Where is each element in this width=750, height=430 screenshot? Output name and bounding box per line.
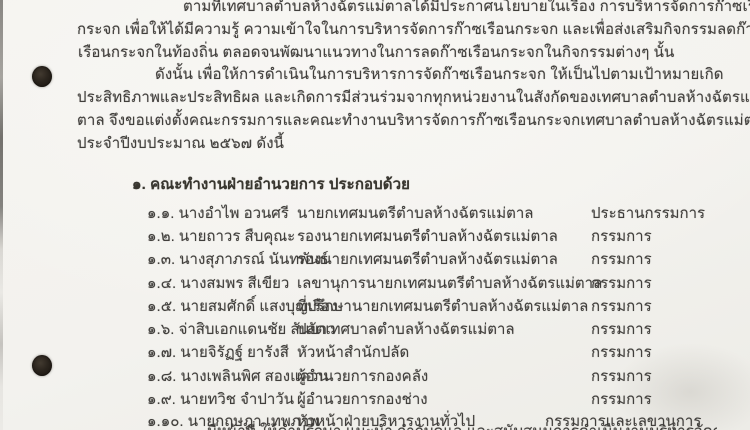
member-role: กรรมการ	[591, 342, 652, 364]
member-number-name: ๑.๒. นายถาวร สืบคุณะ	[147, 226, 295, 248]
member-role: กรรมการ	[591, 389, 652, 411]
member-no: ๑.๖.	[147, 321, 174, 338]
committee-row: ๑.๓. นางสุภาภรณ์ นันทพันธ์ รองนายกเทศมนต…	[0, 249, 750, 272]
member-no: ๑.๔.	[147, 275, 176, 292]
member-name: นายถาวร สืบคุณะ	[179, 228, 295, 245]
member-role: กรรมการ	[591, 366, 652, 388]
member-position: ผู้อำนวยการกองช่าง	[297, 389, 428, 411]
member-position: รองนายกเทศมนตรีตำบลห้างฉัตรแม่ตาล	[297, 226, 558, 248]
member-position: เลขานุการนายกเทศมนตรีตำบลห้างฉัตรแม่ตาล	[297, 273, 602, 295]
member-no: ๑.๒.	[147, 228, 175, 245]
committee-row: ๑.๕. นายสมศักดิ์ แสงบุญเรือง ที่ปรึกษานา…	[0, 296, 750, 319]
member-position: ผู้อำนวยการกองคลัง	[297, 366, 428, 388]
member-role: กรรมการ	[591, 319, 652, 341]
member-number-name: ๑.๗. นายจิรัฏฐ์ ยารังสี	[147, 342, 289, 364]
member-number-name: ๑.๑. นางอำไพ อวนศรี	[147, 203, 289, 225]
paragraph2-line3: ตาล จึงขอแต่งตั้งคณะกรรมการและคณะทำงานบร…	[77, 110, 750, 132]
committee-row: ๑.๖. จ่าสิบเอกแดนชัย สันยาว ปลัดเทศบาลตำ…	[0, 319, 750, 342]
member-no: ๑.๓.	[147, 251, 175, 268]
committee-row: ๑.๗. นายจิรัฏฐ์ ยารังสี หัวหน้าสำนักปลัด…	[0, 342, 750, 365]
member-name: นางอำไพ อวนศรี	[179, 205, 289, 222]
member-no: ๑.๕.	[147, 298, 176, 315]
member-position: นายกเทศมนตรีตำบลห้างฉัตรแม่ตาล	[297, 203, 533, 225]
committee-row: ๑.๔. นางสมพร สีเขียว เลขานุการนายกเทศมนต…	[0, 273, 750, 296]
committee-row: ๑.๘. นางเพลินพิศ สองแควน ผู้อำนวยการกองค…	[0, 366, 750, 389]
member-role: กรรมการ	[591, 226, 652, 248]
member-role: ประธานกรรมการ	[591, 203, 705, 225]
member-name: นายทวิช จำปาวัน	[180, 391, 294, 408]
cropped-bottom-line: มีหน้าที่ ให้คำปรึกษา แนะนำ กำกับดูแล แล…	[207, 421, 717, 430]
member-no: ๑.๗.	[147, 344, 176, 361]
member-role: กรรมการ	[591, 296, 652, 318]
paragraph1-line2: กระจก เพื่อให้ได้มีความรู้ ความเข้าใจในก…	[77, 19, 750, 41]
paragraph2-line4: ประจำปีงบประมาณ ๒๕๖๗ ดังนี้	[77, 133, 284, 155]
member-no: ๑.๑๐.	[147, 413, 184, 430]
member-role: กรรมการ	[591, 249, 652, 271]
member-position: รองนายกเทศมนตรีตำบลห้างฉัตรแม่ตาล	[297, 249, 558, 271]
committee-row: ๑.๙. นายทวิช จำปาวัน ผู้อำนวยการกองช่าง …	[0, 389, 750, 412]
member-name: นายจิรัฏฐ์ ยารังสี	[180, 344, 289, 361]
paragraph2-line2: ประสิทธิภาพและประสิทธิผล และเกิดการมีส่ว…	[77, 87, 750, 109]
member-number-name: ๑.๔. นางสมพร สีเขียว	[147, 273, 289, 295]
committee-row: ๑.๒. นายถาวร สืบคุณะ รองนายกเทศมนตรีตำบล…	[0, 226, 750, 249]
member-no: ๑.๑.	[147, 205, 174, 222]
member-position: ที่ปรึกษานายกเทศมนตรีตำบลห้างฉัตรแม่ตาล	[297, 296, 588, 318]
member-position: ปลัดเทศบาลตำบลห้างฉัตรแม่ตาล	[297, 319, 515, 341]
paragraph1-line3: เรือนกระจกในท้องถิ่น ตลอดจนพัฒนาแนวทางใน…	[78, 42, 674, 64]
member-no: ๑.๙.	[147, 391, 176, 408]
paragraph1-line1: ตามที่เทศบาลตำบลห้างฉัตรแม่ตาลได้มีประกา…	[183, 0, 750, 18]
paragraph2-line1: ดังนั้น เพื่อให้การดำเนินในการบริหารการจ…	[155, 64, 724, 86]
scanned-document-page: ตามที่เทศบาลตำบลห้างฉัตรแม่ตาลได้มีประกา…	[0, 0, 750, 430]
committee-row: ๑.๑. นางอำไพ อวนศรี นายกเทศมนตรีตำบลห้าง…	[0, 203, 750, 226]
member-role: กรรมการ	[591, 273, 652, 295]
member-no: ๑.๘.	[147, 368, 176, 385]
member-position: หัวหน้าสำนักปลัด	[297, 342, 409, 364]
member-number-name: ๑.๙. นายทวิช จำปาวัน	[147, 389, 294, 411]
member-name: นางสมพร สีเขียว	[180, 275, 289, 292]
document-content: ตามที่เทศบาลตำบลห้างฉัตรแม่ตาลได้มีประกา…	[0, 0, 750, 430]
section-heading: ๑. คณะทำงานฝ่ายอำนวยการ ประกอบด้วย	[132, 174, 410, 196]
